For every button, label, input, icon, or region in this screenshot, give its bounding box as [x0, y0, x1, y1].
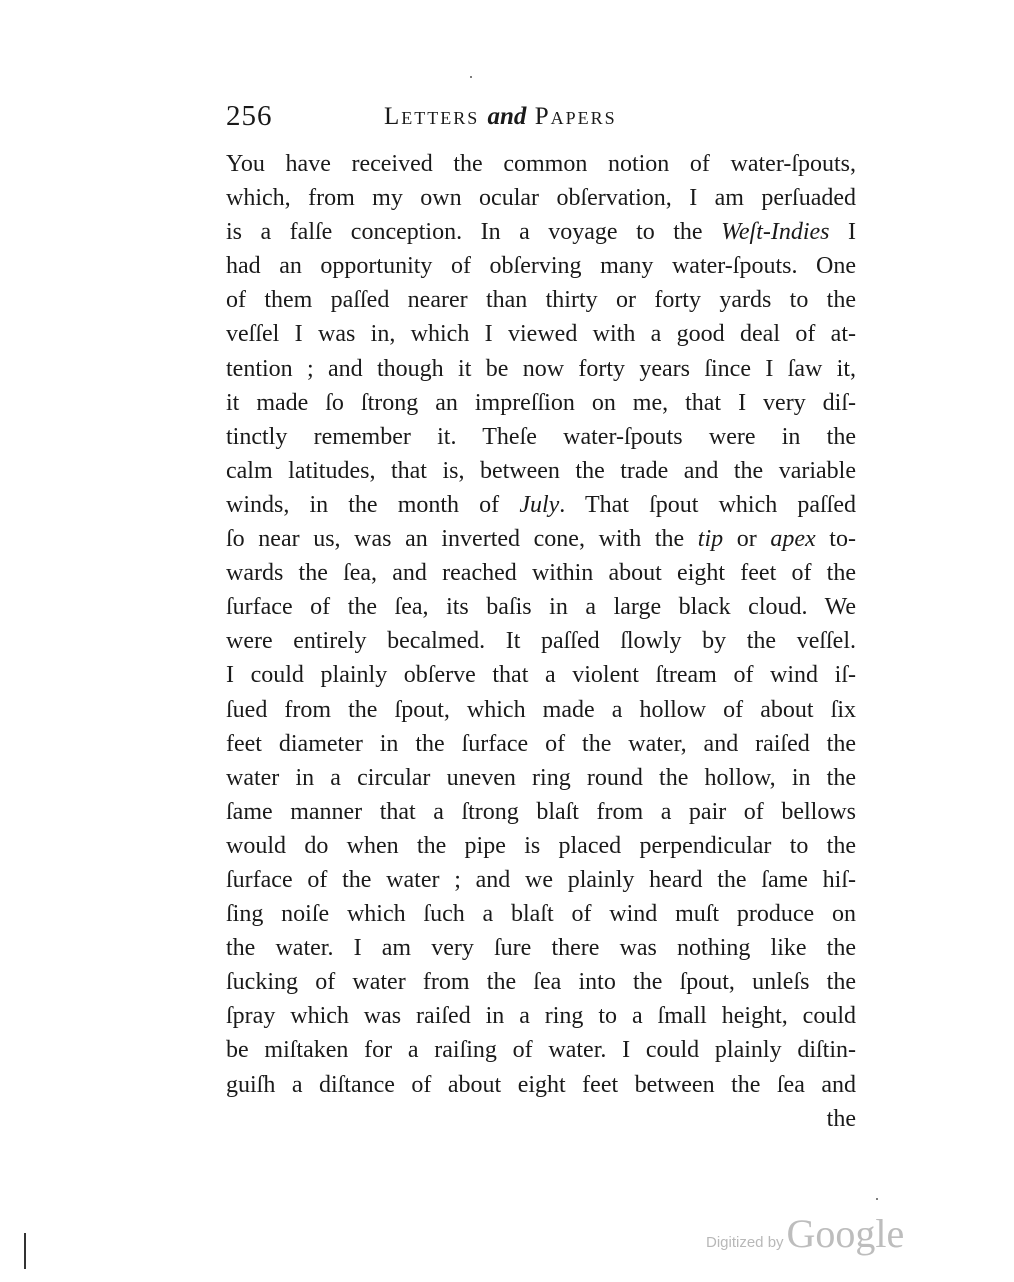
text-line: You have received the common notion of w…: [226, 147, 856, 181]
text-line: of them paſſed nearer than thirty or for…: [226, 283, 856, 317]
page-number: 256: [226, 100, 273, 133]
text-line: feet diameter in the ſurface of the wate…: [226, 727, 856, 761]
text-line: had an opportunity of obſerving many wat…: [226, 249, 856, 283]
text-line: be miſtaken for a raiſing of water. I co…: [226, 1033, 856, 1067]
watermark-brand-logo: Google: [787, 1210, 905, 1257]
text-line: veſſel I was in, which I viewed with a g…: [226, 317, 856, 351]
text-line: calm latitudes, that is, between the tra…: [226, 454, 856, 488]
text-line-segment: ſo near us, was an inverted cone, with t…: [226, 526, 698, 552]
text-line: were entirely becalmed. It paſſed ſlowly…: [226, 624, 856, 658]
text-line: ſing noiſe which ſuch a blaſt of wind mu…: [226, 897, 856, 931]
running-title-italic: and: [488, 103, 527, 130]
text-line-segment: is a falſe conception. In a voyage to th…: [226, 219, 721, 245]
text-line: it made ſo ſtrong an impreſſion on me, t…: [226, 386, 856, 420]
text-line: winds, in the month of July. That ſpout …: [226, 488, 856, 522]
text-line-segment: I: [830, 219, 857, 245]
text-line-segment: to-: [816, 526, 856, 552]
scan-speck: [470, 76, 472, 78]
text-line: wards the ſea, and reached within about …: [226, 556, 856, 590]
text-line: the water. I am very ſure there was noth…: [226, 931, 856, 965]
text-line: ſo near us, was an inverted cone, with t…: [226, 522, 856, 556]
italic-term-tip: tip: [698, 526, 723, 552]
italic-term-apex: apex: [770, 526, 815, 552]
scan-speck: [876, 1198, 878, 1200]
running-title-part2: Papers: [526, 103, 616, 130]
text-line: tention ; and though it be now forty yea…: [226, 352, 856, 386]
italic-month: July: [519, 492, 559, 518]
running-title-part1: Letters: [384, 103, 488, 130]
italic-place-name: Weſt-Indies: [721, 219, 829, 245]
catchword: the: [226, 1102, 856, 1136]
watermark-prefix: Digitized by: [706, 1234, 784, 1251]
text-line: ſucking of water from the ſea into the ſ…: [226, 965, 856, 999]
text-line: ſame manner that a ſtrong blaſt from a p…: [226, 795, 856, 829]
text-line-segment: winds, in the month of: [226, 492, 519, 518]
running-title: Letters and Papers: [384, 103, 617, 131]
text-line: ſurface of the ſea, its baſis in a large…: [226, 590, 856, 624]
scan-edge-mark: [24, 1233, 26, 1269]
text-line: which, from my own ocular obſervation, I…: [226, 181, 856, 215]
text-line: guiſh a diſtance of about eight feet bet…: [226, 1068, 856, 1102]
body-text: You have received the common notion of w…: [226, 147, 856, 1136]
text-line: would do when the pipe is placed perpend…: [226, 829, 856, 863]
text-line: ſpray which was raiſed in a ring to a ſm…: [226, 999, 856, 1033]
text-line: tinctly remember it. Theſe water-ſpouts …: [226, 420, 856, 454]
text-line: water in a circular uneven ring round th…: [226, 761, 856, 795]
text-line: ſurface of the water ; and we plainly he…: [226, 863, 856, 897]
text-line: is a falſe conception. In a voyage to th…: [226, 215, 856, 249]
text-line: ſued from the ſpout, which made a hollow…: [226, 693, 856, 727]
text-line: I could plainly obſerve that a violent ſ…: [226, 658, 856, 692]
digitized-watermark: Digitized by Google: [706, 1210, 904, 1257]
text-line-segment: or: [723, 526, 770, 552]
text-line-segment: . That ſpout which paſſed: [559, 492, 856, 518]
